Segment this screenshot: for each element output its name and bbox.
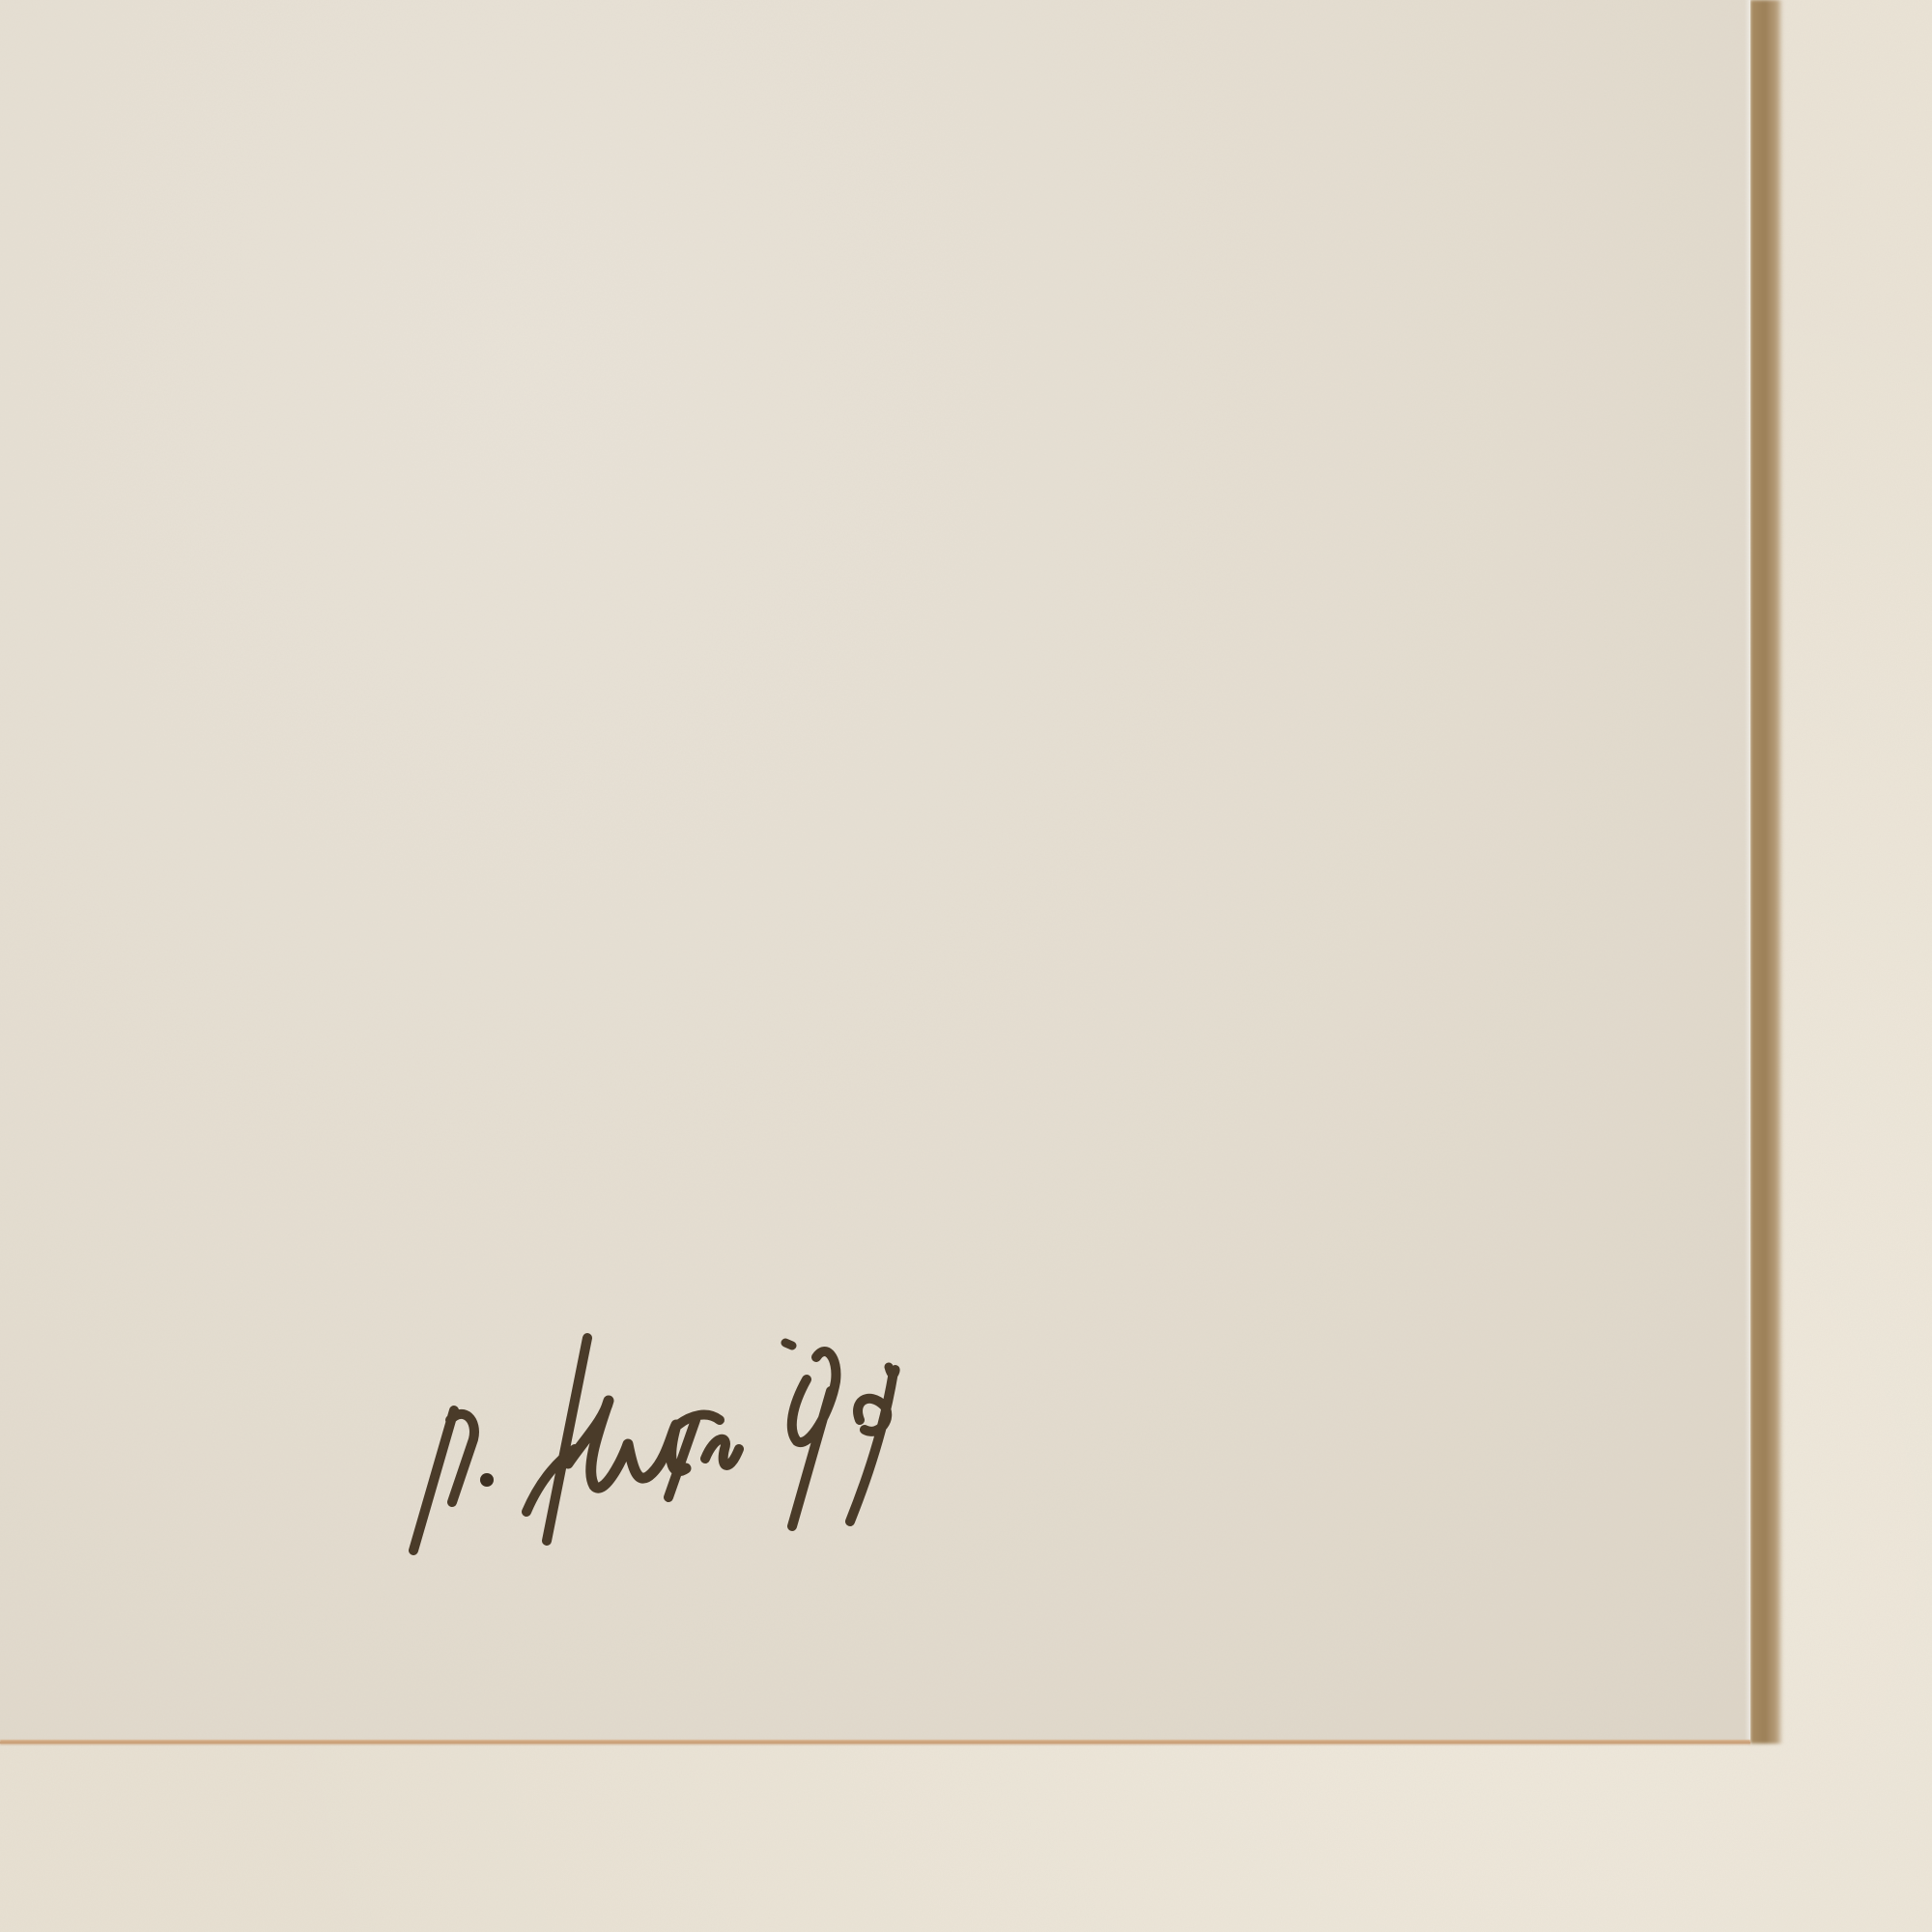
paper-sheet: N. Akasu '09 bbox=[0, 0, 1750, 1742]
paper-edge-highlight bbox=[1745, 0, 1750, 1742]
signature-handwriting bbox=[406, 1314, 1604, 1584]
paper-edge-shadow bbox=[1750, 0, 1783, 1744]
artwork-photo: N. Akasu '09 bbox=[0, 0, 1932, 1932]
signature: N. Akasu '09 bbox=[406, 1314, 1604, 1584]
paper-bottom-edge bbox=[0, 1740, 1750, 1746]
